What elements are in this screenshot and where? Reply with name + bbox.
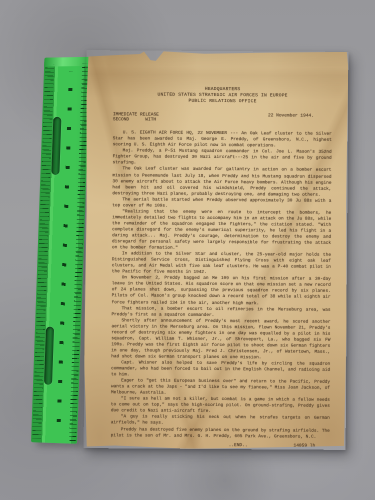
document-photo: HEADQUARTERS UNITED STATES STRATEGIC AIR… xyxy=(84,50,349,450)
paragraph: In addition to the Silver Star and clust… xyxy=(112,251,331,277)
document-text: HEADQUARTERS UNITED STATES STRATEGIC AIR… xyxy=(84,50,349,450)
end-mark: ..END.. xyxy=(229,443,248,448)
paragraph: The Oak Leaf cluster was awarded for gal… xyxy=(112,167,331,199)
paragraph: Eager to "get this European business ove… xyxy=(111,378,330,398)
header-line: PUBLIC RELATIONS OFFICE xyxy=(113,99,332,107)
document-header: HEADQUARTERS UNITED STATES STRATEGIC AIR… xyxy=(113,86,332,106)
paragraph: On November 2, Preddy bagged an Me 109 o… xyxy=(112,276,331,308)
release-number: 14059 lh xyxy=(294,443,316,448)
release-meta: IMMEDIATE RELEASE SECOND WITH 22 Novembe… xyxy=(113,112,332,125)
paragraph: That mission, a bomber escort to oil ref… xyxy=(112,306,331,320)
paragraph: Capt. Whisner also helped to save Preddy… xyxy=(111,360,330,380)
ruler xyxy=(31,60,90,443)
paragraph: "A guy is really sticking his neck out w… xyxy=(111,415,330,429)
release-line: SECOND WITH xyxy=(113,118,159,124)
photo-background: { "scene": { "colors": { "bg": "#9b9b9e"… xyxy=(0,0,375,500)
date-line: 22 November 1944. xyxy=(268,113,332,125)
document-page: HEADQUARTERS UNITED STATES STRATEGIC AIR… xyxy=(84,50,349,450)
paragraph: U. S. EIGHTH AIR FORCE HQ, 22 NOVEMBER -… xyxy=(113,130,332,150)
paragraph: "Realizing that the enemy were en route … xyxy=(112,209,331,253)
paragraph: "I sure as hell am not a killer, but com… xyxy=(111,397,330,417)
document-footer: ..END.. 14059 lh xyxy=(111,442,330,449)
ruler-slot xyxy=(44,327,54,385)
paragraph: Maj. Preddy, a P-51 Mustang squadron com… xyxy=(113,149,332,169)
paragraph: Preddy has destroyed five enemy planes o… xyxy=(111,427,330,441)
release-block: IMMEDIATE RELEASE SECOND WITH xyxy=(113,112,159,124)
paragraph: Shortly after announcement of Preddy's m… xyxy=(111,318,330,362)
ruler-slot xyxy=(51,117,61,175)
document-body: U. S. EIGHTH AIR FORCE HQ, 22 NOVEMBER -… xyxy=(111,130,332,440)
